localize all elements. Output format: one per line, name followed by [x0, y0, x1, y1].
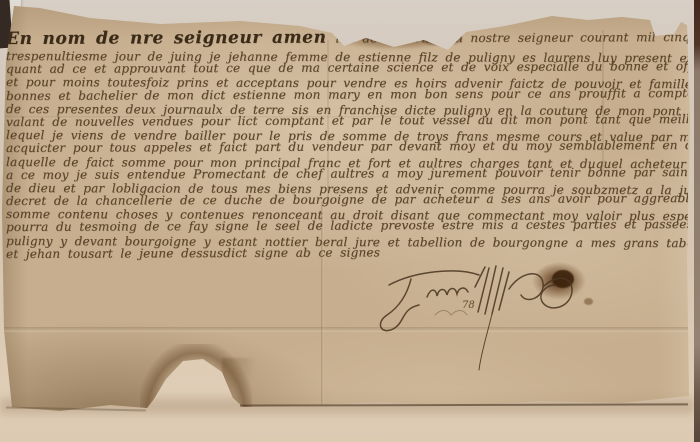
manuscript-line-text: lan de lincarnacion nostre seigneur cour…: [336, 25, 689, 49]
invocation-heading: En nom de nre seigneur amen: [6, 27, 327, 50]
manuscript-line: En nom de nre seigneur amen lan de linca…: [6, 25, 688, 50]
manuscript-line: quant ad ce et approuvant tout ce que de…: [6, 60, 688, 76]
manuscript-line: valant de nouvelles vendues pour lict co…: [6, 113, 688, 129]
dark-photo-edge: [694, 0, 700, 442]
manuscript-line: acquicter pour tous appeles et faict par…: [6, 139, 688, 155]
manuscript-line: bonnes et bachelier de mon dict estienne…: [6, 87, 688, 103]
top-edge-stain-dark: [350, 25, 398, 39]
parchment-sheet: En nom de nre seigneur amen lan de linca…: [0, 0, 700, 442]
parchment-photo: En nom de nre seigneur amen lan de linca…: [0, 0, 700, 442]
manuscript-line: a ce moy je suis entendue Promectant de …: [6, 166, 688, 182]
manuscript-line: decret de la chancellerie de ce duche de…: [6, 192, 688, 208]
manuscript-text: En nom de nre seigneur amen lan de linca…: [6, 28, 688, 261]
signature-mark: 78: [462, 300, 475, 311]
manuscript-line: pourra du tesmoing de ce fay signe le se…: [6, 218, 688, 234]
notary-signature: [375, 255, 605, 380]
